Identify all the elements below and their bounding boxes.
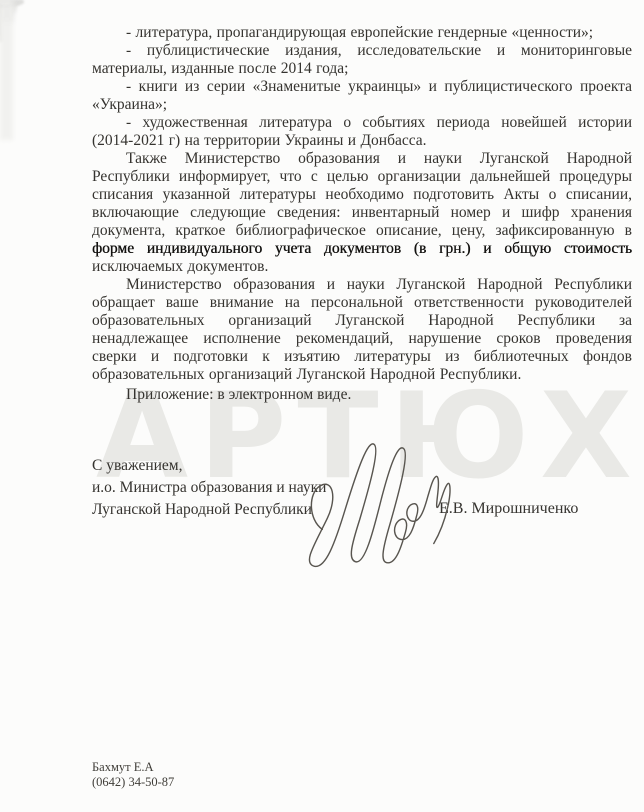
letter-body: - литература, пропагандирующая европейск… [92,24,632,384]
scan-artifact [0,0,24,9]
text-line: - художественная литература о событиях п… [92,114,632,132]
text-line: Республики информирует, что с целью орга… [92,168,632,186]
footer-contact: Бахмут Е.А (0642) 34-50-87 [92,760,174,789]
paragraph: Также Министерство образования и науки Л… [92,150,632,276]
scan-artifact [0,0,14,22]
text-line: (2014-2021 г) на территории Украины и До… [92,132,632,150]
text-line: ненадлежащее исполнение рекомендаций, на… [92,330,632,348]
text-line: сверки и подготовки к изъятию литературы… [92,348,632,366]
text-line: «Украина»; [92,96,632,114]
scan-artifact [0,0,10,5]
paragraph: - публицистические издания, исследовател… [92,42,632,78]
contact-phone: (0642) 34-50-87 [92,775,174,790]
attachment-note: Приложение: в электронном виде. [92,386,632,404]
paragraph: - литература, пропагандирующая европейск… [92,24,632,42]
paragraph: Министерство образования и науки Луганск… [92,276,632,384]
scan-artifact [0,0,16,15]
text-line: образовательных организаций Луганской На… [92,366,632,384]
scan-artifact [0,0,13,140]
scan-artifact [0,0,5,34]
text-line: - книги из серии «Знаменитые украинцы» и… [92,78,632,96]
scan-artifact [0,0,4,36]
paragraph: - художественная литература о событиях п… [92,114,632,150]
closing-title-line1: и.о. Министра образования и науки [92,477,326,499]
text-line: форме индивидуального учета документов (… [92,240,632,258]
text-line: включающие следующие сведения: инвентарн… [92,204,632,222]
scan-artifact [0,0,5,42]
contact-name: Бахмут Е.А [92,760,174,775]
text-line: списания указанной литературы необходимо… [92,186,632,204]
text-line: материалы, изданные после 2014 года; [92,60,632,78]
text-line: исключаемых документов. [92,258,632,276]
closing-block: С уважением, и.о. Министра образования и… [92,455,326,521]
text-line: обращает ваше внимание на персональной о… [92,294,632,312]
closing-title-line2: Луганской Народной Республики [92,499,326,521]
signer-name: Е.В. Мирошниченко [439,498,578,520]
scanned-letter-page: АРТЮХ - литература, пропагандирующая евр… [0,0,644,812]
closing-salutation: С уважением, [92,455,326,477]
scan-artifact [0,0,9,4]
text-line: Министерство образования и науки Луганск… [92,276,632,294]
text-line: образовательных организаций Луганской На… [92,312,632,330]
text-line: документа, краткое библиографическое опи… [92,222,632,240]
text-line: - литература, пропагандирующая европейск… [92,24,632,42]
text-line: - публицистические издания, исследовател… [92,42,632,60]
text-line: Также Министерство образования и науки Л… [92,150,632,168]
paragraph: - книги из серии «Знаменитые украинцы» и… [92,78,632,114]
handwritten-signature [300,430,452,572]
